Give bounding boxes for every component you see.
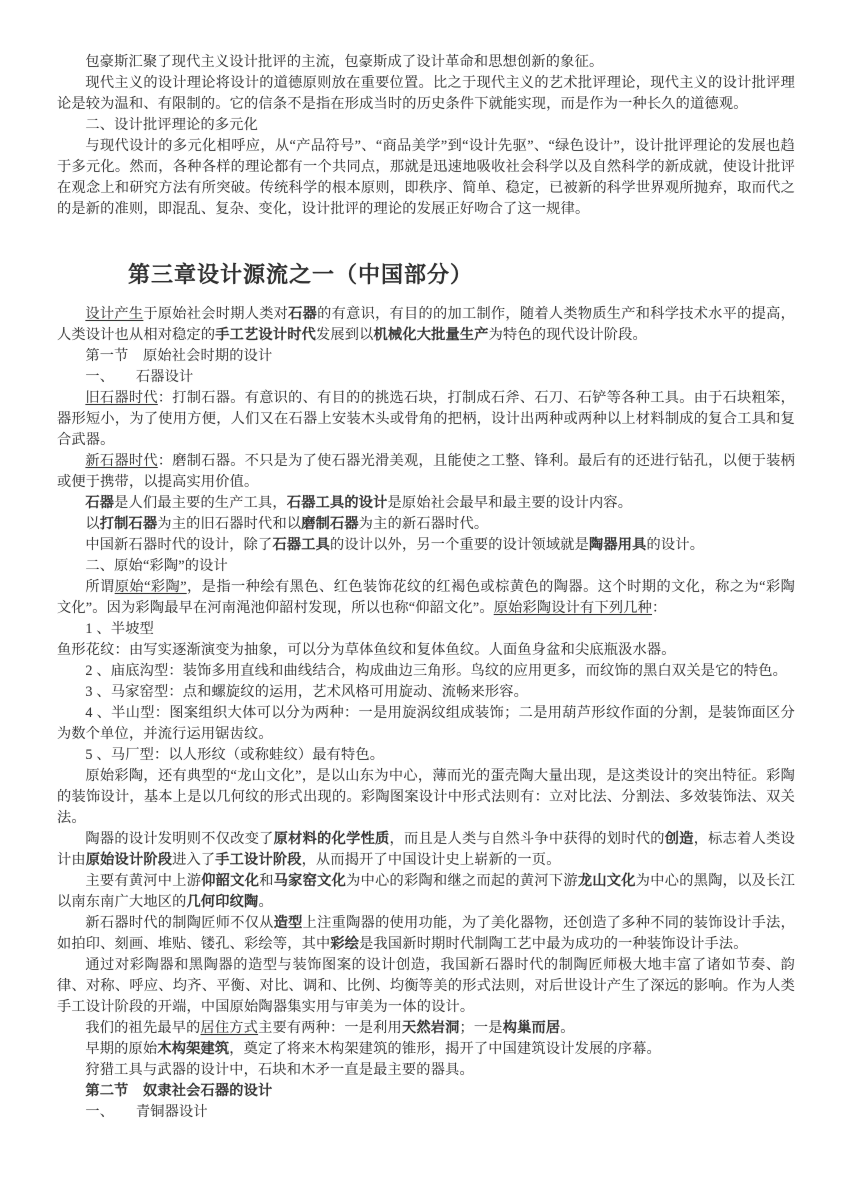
- text-run: 现代主义的设计理论将设计的道德原则放在重要位置。比之于现代主义的艺术批评理论，现…: [57, 75, 795, 112]
- paragraph: 主要有黄河中上游仰韶文化和马家窑文化为中心的彩陶和继之而起的黄河下游龙山文化为中…: [57, 871, 795, 913]
- paragraph: 石器是人们最主要的生产工具，石器工具的设计是原始社会最早和最主要的设计内容。: [57, 493, 795, 514]
- document-content: 包豪斯汇聚了现代主义设计批评的主流，包豪斯成了设计革命和思想创新的象征。现代主义…: [57, 52, 795, 1123]
- list-item: 3 、马家窑型：点和螺旋纹的运用，艺术风格可用旋动、流畅来形容。: [57, 682, 795, 703]
- subsection-heading: 二、原始“彩陶”的设计: [57, 556, 795, 577]
- text-run: 为主的新石器时代。: [359, 516, 489, 532]
- text-run: 进入了: [172, 852, 215, 868]
- subsection-heading: 一、 青铜器设计: [57, 1102, 795, 1123]
- bold-term: 陶器用具: [589, 537, 647, 553]
- text-run: ，从而揭开了中国设计史上崭新的一页。: [302, 852, 561, 868]
- text-run: 5 、马厂型：以人形纹（或称蛙纹）最有特色。: [85, 747, 384, 763]
- bold-term: 石器: [85, 495, 114, 511]
- bold-term: 仰韶文化: [201, 873, 259, 889]
- text-run: 鱼形花纹：由写实逐渐演变为抽象，可以分为草体鱼纹和复体鱼纹。人面鱼身盆和尖底瓶汲…: [57, 642, 676, 658]
- text-run: ，奠定了将来木构架建筑的锥形，揭开了中国建筑设计发展的序幕。: [229, 1041, 661, 1057]
- underlined-term: 设计产生: [85, 306, 143, 322]
- text-run: 通过对彩陶器和黑陶器的造型与装饰图案的设计创造，我国新石器时代的制陶匠师极大地丰…: [57, 957, 795, 1015]
- text-run: 中国新石器时代的设计，除了: [85, 537, 272, 553]
- subsection-heading: 二、设计批评理论的多元化: [57, 115, 795, 136]
- paragraph: 新石器时代的制陶匠师不仅从造型上注重陶器的使用功能，为了美化器物，还创造了多种不…: [57, 913, 795, 955]
- section-heading: 第一节 原始社会时期的设计: [57, 346, 795, 367]
- bold-term: 马家窑文化: [274, 873, 346, 889]
- paragraph: 所谓原始“彩陶”，是指一种绘有黑色、红色装饰花纹的红褐色或棕黄色的陶器。这个时期…: [57, 577, 795, 619]
- text-run: ：: [652, 600, 666, 616]
- text-run: 陶器的设计发明则不仅改变了: [85, 831, 273, 847]
- text-run: 是原始社会最早和最主要的设计内容。: [388, 495, 633, 511]
- text-run: 2 、庙底沟型：装饰多用直线和曲线结合，构成曲边三角形。鸟纹的应用更多，而纹饰的…: [85, 663, 787, 679]
- text-run: ：磨制石器。不只是为了使石器光滑美观，且能使之工整、锋利。最后有的还进行钻孔，以…: [57, 453, 795, 490]
- bold-term: 造型: [274, 915, 303, 931]
- text-run: 二、原始“彩陶”的设计: [85, 558, 227, 574]
- paragraph: 鱼形花纹：由写实逐渐演变为抽象，可以分为草体鱼纹和复体鱼纹。人面鱼身盆和尖底瓶汲…: [57, 640, 795, 661]
- bold-term: 天然岩洞: [402, 1020, 460, 1036]
- paragraph: 通过对彩陶器和黑陶器的造型与装饰图案的设计创造，我国新石器时代的制陶匠师极大地丰…: [57, 955, 795, 1018]
- text-run: 包豪斯汇聚了现代主义设计批评的主流，包豪斯成了设计革命和思想创新的象征。: [85, 54, 603, 70]
- text-run: 我们的祖先最早的: [85, 1020, 200, 1036]
- text-run: ，而且是人类与自然斗争中获得的划时代的: [390, 831, 665, 847]
- bold-term: 手工设计阶段: [215, 852, 301, 868]
- text-run: 为中心的彩陶和继之而起的黄河下游: [346, 873, 578, 889]
- bold-term: 手工艺设计时代: [215, 327, 316, 343]
- text-run: 与现代设计的多元化相呼应，从“产品符号”、“商品美学”到“设计先驱”、“绿色设计…: [57, 138, 795, 217]
- text-run: 主要有黄河中上游: [85, 873, 201, 889]
- paragraph: 早期的原始木构架建筑，奠定了将来木构架建筑的锥形，揭开了中国建筑设计发展的序幕。: [57, 1039, 795, 1060]
- bold-term: 石器工具: [272, 537, 330, 553]
- text-run: 3 、马家窑型：点和螺旋纹的运用，艺术风格可用旋动、流畅来形容。: [85, 684, 528, 700]
- paragraph: 旧石器时代：打制石器。有意识的、有目的的挑选石块，打制成石斧、石刀、石铲等各种工…: [57, 388, 795, 451]
- bold-term: 打制石器: [100, 516, 158, 532]
- bold-term: 创造: [665, 831, 694, 847]
- text-run: 是我国新时期时代制陶工艺中最为成功的一种装饰设计手法。: [359, 936, 747, 952]
- text-run: ：打制石器。有意识的、有目的的挑选石块，打制成石斧、石刀、石铲等各种工具。由于石…: [57, 390, 795, 448]
- bold-term: 第二节 奴隶社会石器的设计: [85, 1083, 272, 1099]
- text-run: 原始彩陶，还有典型的“龙山文化”，是以山东为中心，薄而光的蛋壳陶大量出现，是这类…: [57, 768, 795, 826]
- underlined-term: 原始“彩陶”: [115, 579, 187, 595]
- subsection-heading: 一、 石器设计: [57, 367, 795, 388]
- text-run: 于原始社会时期人类对: [143, 306, 288, 322]
- bold-term: 石器工具的设计: [287, 495, 388, 511]
- list-item: 2 、庙底沟型：装饰多用直线和曲线结合，构成曲边三角形。鸟纹的应用更多，而纹饰的…: [57, 661, 795, 682]
- paragraph: 我们的祖先最早的居住方式主要有两种：一是利用天然岩洞；一是构巢而居。: [57, 1018, 795, 1039]
- text-run: 第三章设计源流之一（中国部分）: [128, 262, 473, 287]
- paragraph: 与现代设计的多元化相呼应，从“产品符号”、“商品美学”到“设计先驱”、“绿色设计…: [57, 136, 795, 220]
- text-run: 所谓: [85, 579, 114, 595]
- text-run: 二、设计批评理论的多元化: [85, 117, 258, 133]
- underlined-term: 旧石器时代: [85, 390, 157, 406]
- underlined-term: 新石器时代: [85, 453, 157, 469]
- text-run: ；一是: [460, 1020, 503, 1036]
- paragraph: 中国新石器时代的设计，除了石器工具的设计以外，另一个重要的设计领域就是陶器用具的…: [57, 535, 795, 556]
- underlined-term: 居住方式: [201, 1020, 259, 1036]
- text-run: 的设计。: [647, 537, 705, 553]
- text-run: 第一节 原始社会时期的设计: [85, 348, 272, 364]
- bold-term: 几何印纹陶: [187, 894, 259, 910]
- text-run: 以: [85, 516, 99, 532]
- bold-term: 磨制石器: [301, 516, 359, 532]
- bold-term: 木构架建筑: [157, 1041, 229, 1057]
- underlined-term: 原始彩陶设计有下列几种: [494, 600, 652, 616]
- paragraph: 设计产生于原始社会时期人类对石器的有意识，有目的的加工制作，随着人类物质生产和科…: [57, 304, 795, 346]
- bold-term: 石器: [288, 306, 317, 322]
- paragraph: 以打制石器为主的旧石器时代和以磨制石器为主的新石器时代。: [57, 514, 795, 535]
- text-run: 一、 青铜器设计: [85, 1104, 207, 1120]
- paragraph: 现代主义的设计理论将设计的道德原则放在重要位置。比之于现代主义的艺术批评理论，现…: [57, 73, 795, 115]
- text-run: 。: [258, 894, 272, 910]
- paragraph: 狩猎工具与武器的设计中，石块和木矛一直是最主要的器具。: [57, 1060, 795, 1081]
- text-run: 狩猎工具与武器的设计中，石块和木矛一直是最主要的器具。: [85, 1062, 473, 1078]
- text-run: 为特色的现代设计阶段。: [489, 327, 647, 343]
- text-run: 主要有两种：一是利用: [258, 1020, 402, 1036]
- bold-term: 原始设计阶段: [86, 852, 172, 868]
- section-heading: 第二节 奴隶社会石器的设计: [57, 1081, 795, 1102]
- list-item: 5 、马厂型：以人形纹（或称蛙纹）最有特色。: [57, 745, 795, 766]
- text-run: 一、 石器设计: [85, 369, 193, 385]
- text-run: 1 、半坡型: [85, 621, 154, 637]
- paragraph: 新石器时代：磨制石器。不只是为了使石器光滑美观，且能使之工整、锋利。最后有的还进…: [57, 451, 795, 493]
- text-run: 4 、半山型：图案组织大体可以分为两种：一是用旋涡纹组成装饰；二是用葫芦形纹作面…: [57, 705, 795, 742]
- bold-term: 原材料的化学性质: [274, 831, 390, 847]
- bold-term: 彩绘: [330, 936, 359, 952]
- document-page: 包豪斯汇聚了现代主义设计批评的主流，包豪斯成了设计革命和思想创新的象征。现代主义…: [0, 0, 850, 1202]
- paragraph: 包豪斯汇聚了现代主义设计批评的主流，包豪斯成了设计革命和思想创新的象征。: [57, 52, 795, 73]
- text-run: 发展到以: [316, 327, 374, 343]
- paragraph: 陶器的设计发明则不仅改变了原材料的化学性质，而且是人类与自然斗争中获得的划时代的…: [57, 829, 795, 871]
- paragraph: 原始彩陶，还有典型的“龙山文化”，是以山东为中心，薄而光的蛋壳陶大量出现，是这类…: [57, 766, 795, 829]
- bold-term: 构巢而居: [503, 1020, 561, 1036]
- list-item: 4 、半山型：图案组织大体可以分为两种：一是用旋涡纹组成装饰；二是用葫芦形纹作面…: [57, 703, 795, 745]
- text-run: 。: [560, 1020, 574, 1036]
- text-run: 新石器时代的制陶匠师不仅从: [85, 915, 273, 931]
- text-run: 是人们最主要的生产工具，: [114, 495, 287, 511]
- chapter-heading: 第三章设计源流之一（中国部分）: [128, 260, 795, 290]
- text-run: 早期的原始: [85, 1041, 157, 1057]
- text-run: 的设计以外，另一个重要的设计领域就是: [330, 537, 589, 553]
- list-item: 1 、半坡型: [57, 619, 795, 640]
- text-run: 和: [259, 873, 273, 889]
- text-run: 为主的旧石器时代和以: [157, 516, 301, 532]
- bold-term: 龙山文化: [578, 873, 636, 889]
- bold-term: 机械化大批量生产: [374, 327, 489, 343]
